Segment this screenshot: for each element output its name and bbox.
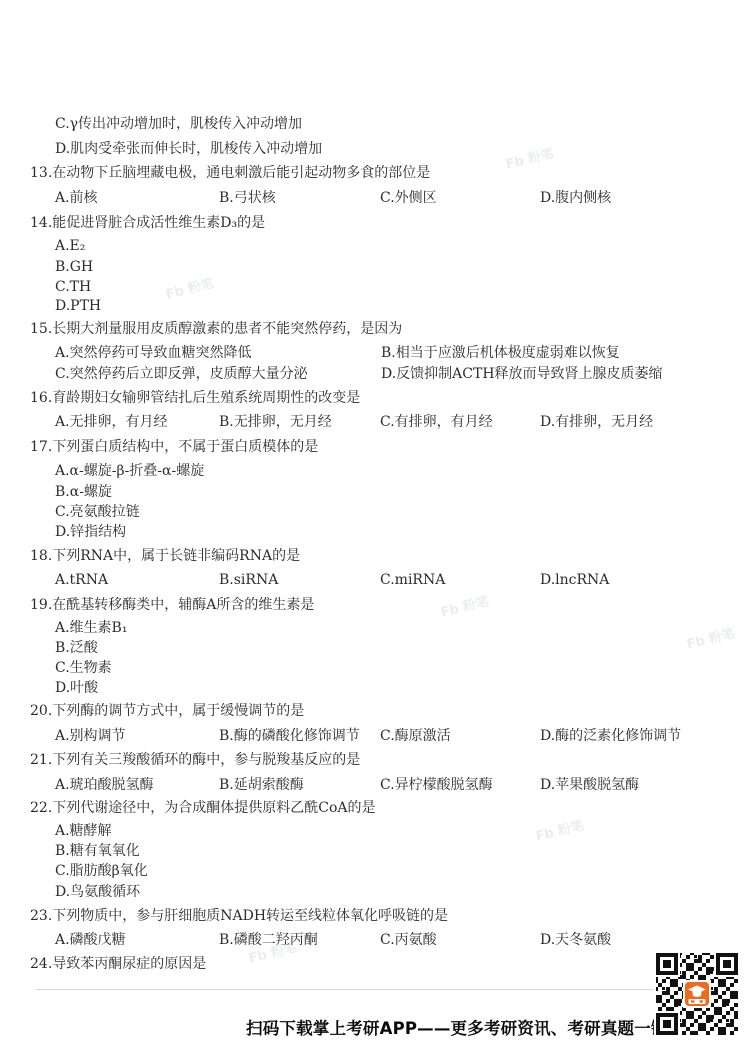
footer-promo-text: 扫码下载掌上考研APP——更多考研资讯、考研真题一键获取	[246, 1015, 701, 1039]
question-stem-17: 17.下列蛋白质结构中，不属于蛋白质模体的是	[30, 438, 318, 456]
option-16-d: D.有排卵，无月经	[540, 413, 744, 431]
option-21-b: B.延胡索酸酶	[219, 776, 380, 794]
option-20-c: C.酶原激活	[380, 727, 540, 745]
app-download-qr-code	[654, 951, 740, 1037]
option-17-a: A.α-螺旋-β-折叠-α-螺旋	[55, 462, 204, 480]
option-row-15-ab: A.突然停药可导致血糖突然降低 B.相当于应激后机体极度虚弱难以恢复	[55, 344, 744, 362]
question-stem-22: 22.下列代谢途径中，为合成酮体提供原料乙酰CoA的是	[30, 799, 376, 817]
option-17-b: B.α-螺旋	[55, 483, 112, 501]
option-19-d: D.叶酸	[55, 679, 98, 697]
option-13-d: D.腹内侧核	[540, 189, 744, 207]
qr-finder-top-right	[714, 951, 740, 977]
qr-finder-bottom-left	[654, 1011, 680, 1037]
option-20-d: D.酶的泛素化修饰调节	[540, 727, 744, 745]
option-12-c: C.γ传出冲动增加时，肌梭传入冲动增加	[55, 115, 302, 133]
option-12-d: D.肌肉受牵张而伸长时，肌梭传入冲动增加	[55, 140, 322, 158]
option-21-a: A.琥珀酸脱氢酶	[55, 776, 219, 794]
footer-divider	[35, 989, 655, 990]
brand-watermark: Fb 粉笔	[503, 142, 555, 172]
option-row-18: A.tRNA B.siRNA C.miRNA D.lncRNA	[55, 571, 744, 589]
option-19-b: B.泛酸	[55, 639, 98, 657]
option-20-b: B.酶的磷酸化修饰调节	[219, 727, 380, 745]
question-stem-20: 20.下列酶的调节方式中，属于缓慢调节的是	[30, 702, 304, 720]
brand-watermark: Fb 粉笔	[533, 814, 585, 844]
option-14-b: B.GH	[55, 258, 93, 276]
option-row-21: A.琥珀酸脱氢酶 B.延胡索酸酶 C.异柠檬酸脱氢酶 D.苹果酸脱氢酶	[55, 776, 744, 794]
option-21-d: D.苹果酸脱氢酶	[540, 776, 744, 794]
brand-watermark: Fb 粉笔	[163, 272, 215, 302]
option-16-a: A.无排卵，有月经	[55, 413, 219, 431]
option-14-a: A.E₂	[55, 237, 85, 255]
option-row-16: A.无排卵，有月经 B.无排卵，无月经 C.有排卵，有月经 D.有排卵，无月经	[55, 413, 744, 431]
question-stem-16: 16.育龄期妇女输卵管结扎后生殖系统周期性的改变是	[30, 389, 360, 407]
option-18-d: D.lncRNA	[540, 571, 744, 589]
option-14-d: D.PTH	[55, 297, 101, 315]
option-13-a: A.前核	[55, 189, 219, 207]
option-14-c: C.TH	[55, 278, 91, 296]
option-row-23: A.磷酸戊糖 B.磷酸二羟丙酮 C.丙氨酸 D.天冬氨酸	[55, 931, 744, 949]
option-13-c: C.外侧区	[380, 189, 540, 207]
option-row-13: A.前核 B.弓状核 C.外侧区 D.腹内侧核	[55, 189, 744, 207]
option-row-15-cd: C.突然停药后立即反弹，皮质醇大量分泌 D.反馈抑制ACTH释放而导致肾上腺皮质…	[55, 365, 744, 383]
option-22-a: A.糖酵解	[55, 822, 112, 840]
option-13-b: B.弓状核	[219, 189, 380, 207]
option-22-b: B.糖有氧氧化	[55, 842, 140, 860]
option-22-c: C.脂肪酸β氧化	[55, 862, 148, 880]
question-stem-15: 15.长期大剂量服用皮质醇激素的患者不能突然停药，是因为	[30, 320, 402, 338]
option-18-b: B.siRNA	[219, 571, 380, 589]
option-18-c: C.miRNA	[380, 571, 540, 589]
graduation-cap-logo	[683, 980, 711, 1008]
option-16-c: C.有排卵，有月经	[380, 413, 540, 431]
option-23-c: C.丙氨酸	[380, 931, 540, 949]
brand-watermark: Fb 粉笔	[684, 622, 736, 652]
question-stem-24: 24.导致苯丙酮尿症的原因是	[30, 955, 206, 973]
question-stem-13: 13.在动物下丘脑埋藏电极，通电刺激后能引起动物多食的部位是	[30, 164, 430, 182]
option-15-a: A.突然停药可导致血糖突然降低	[55, 344, 381, 362]
option-17-c: C.亮氨酸拉链	[55, 503, 140, 521]
option-22-d: D.鸟氨酸循环	[55, 883, 140, 901]
option-row-20: A.别构调节 B.酶的磷酸化修饰调节 C.酶原激活 D.酶的泛素化修饰调节	[55, 727, 744, 745]
exam-document-page: Fb 粉笔 Fb 粉笔 Fb 粉笔 Fb 粉笔 Fb 粉笔 Fb 粉笔 C.γ传…	[0, 0, 750, 1061]
option-21-c: C.异柠檬酸脱氢酶	[380, 776, 540, 794]
question-stem-19: 19.在酰基转移酶类中，辅酶A所含的维生素是	[30, 596, 314, 614]
option-23-a: A.磷酸戊糖	[55, 931, 219, 949]
option-23-d: D.天冬氨酸	[540, 931, 744, 949]
question-stem-18: 18.下列RNA中，属于长链非编码RNA的是	[30, 547, 300, 565]
option-15-d: D.反馈抑制ACTH释放而导致肾上腺皮质萎缩	[381, 365, 744, 383]
qr-code-graphic	[654, 951, 740, 1037]
question-stem-21: 21.下列有关三羧酸循环的酶中，参与脱羧基反应的是	[30, 751, 360, 769]
question-stem-23: 23.下列物质中，参与肝细胞质NADH转运至线粒体氧化呼吸链的是	[30, 907, 448, 925]
brand-watermark: Fb 粉笔	[438, 590, 490, 620]
option-15-c: C.突然停药后立即反弹，皮质醇大量分泌	[55, 365, 381, 383]
qr-finder-top-left	[654, 951, 680, 977]
option-17-d: D.锌指结构	[55, 523, 126, 541]
option-15-b: B.相当于应激后机体极度虚弱难以恢复	[381, 344, 744, 362]
option-18-a: A.tRNA	[55, 571, 219, 589]
option-19-c: C.生物素	[55, 659, 112, 677]
option-23-b: B.磷酸二羟丙酮	[219, 931, 380, 949]
option-16-b: B.无排卵，无月经	[219, 413, 380, 431]
question-stem-14: 14.能促进肾脏合成活性维生素D₃的是	[30, 214, 265, 232]
option-19-a: A.维生素B₁	[55, 619, 127, 637]
option-20-a: A.别构调节	[55, 727, 219, 745]
